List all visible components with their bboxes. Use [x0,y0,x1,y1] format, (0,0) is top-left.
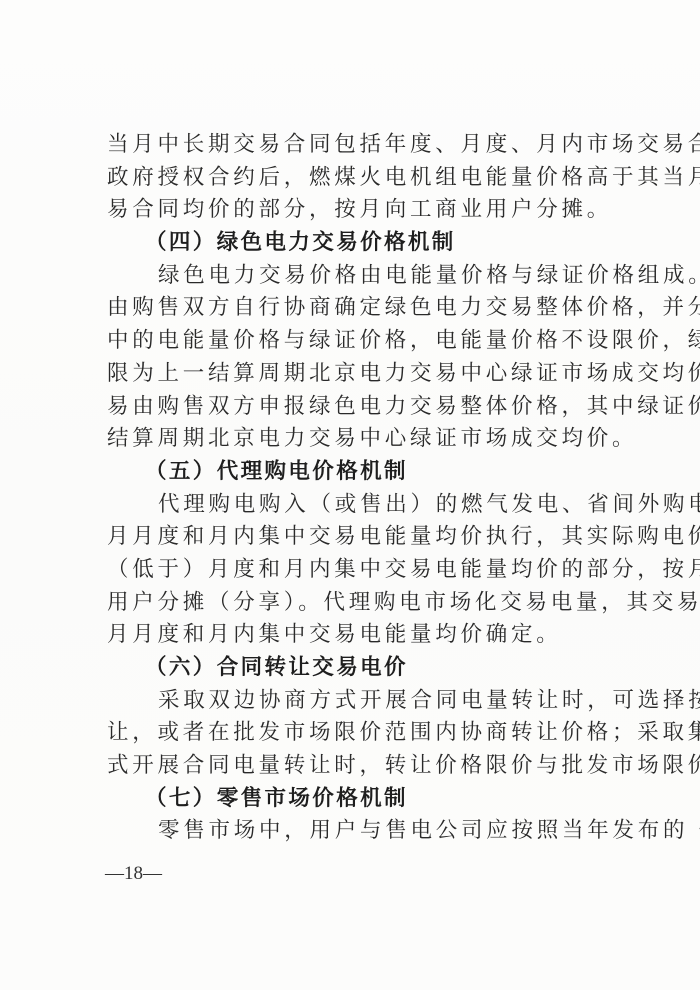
body-line: 月月度和月内集中交易电能量均价执行，其实际购电价格高于 [107,521,615,554]
section-heading-4: （四）绿色电力交易价格机制 [107,227,615,260]
section-heading-6: （六）合同转让交易电价 [107,652,615,685]
body-line: 限为上一结算周期北京电力交易中心绿证市场成交均价。集中交 [107,358,615,391]
document-page: 当月中长期交易合同包括年度、月度、月内市场交易合同。实行 政府授权合约后，燃煤火… [0,0,700,990]
body-line: （低于）月度和月内集中交易电能量均价的部分，按月向工商业 [107,554,615,587]
body-line: 中的电能量价格与绿证价格，电能量价格不设限价，绿证价格上 [107,325,615,358]
body-line: 绿色电力交易价格由电能量价格与绿证价格组成。双边交易 [107,260,615,293]
body-line: 用户分摊（分享）。代理购电市场化交易电量，其交易电价按当 [107,587,615,620]
body-line: 由购售双方自行协商确定绿色电力交易整体价格，并分别明确其 [107,292,615,325]
body-line: 采取双边协商方式开展合同电量转让时，可选择按原价转 [107,685,615,718]
body-line: 当月中长期交易合同包括年度、月度、月内市场交易合同。实行 [107,129,615,162]
body-line: 月月度和月内集中交易电能量均价确定。 [107,619,615,652]
body-line: 让，或者在批发市场限价范围内协商转让价格；采取集中交易方 [107,717,615,750]
body-line: 结算周期北京电力交易中心绿证市场成交均价。 [107,423,615,456]
body-line: 代理购电购入（或售出）的燃气发电、省间外购电量，按当 [107,489,615,522]
section-heading-5: （五）代理购电价格机制 [107,456,615,489]
document-body: 当月中长期交易合同包括年度、月度、月内市场交易合同。实行 政府授权合约后，燃煤火… [107,129,615,848]
body-line: 式开展合同电量转让时，转让价格限价与批发市场限价一致。 [107,750,615,783]
body-line: 政府授权合约后，燃煤火电机组电能量价格高于其当月中长期交 [107,162,615,195]
page-number: —18— [105,863,162,885]
section-heading-7: （七）零售市场价格机制 [107,783,615,816]
body-line: 零售市场中，用户与售电公司应按照当年发布的《四川省电 [107,815,615,848]
body-line: 易由购售双方申报绿色电力交易整体价格，其中绿证价格为上一 [107,391,615,424]
body-line: 易合同均价的部分，按月向工商业用户分摊。 [107,194,615,227]
